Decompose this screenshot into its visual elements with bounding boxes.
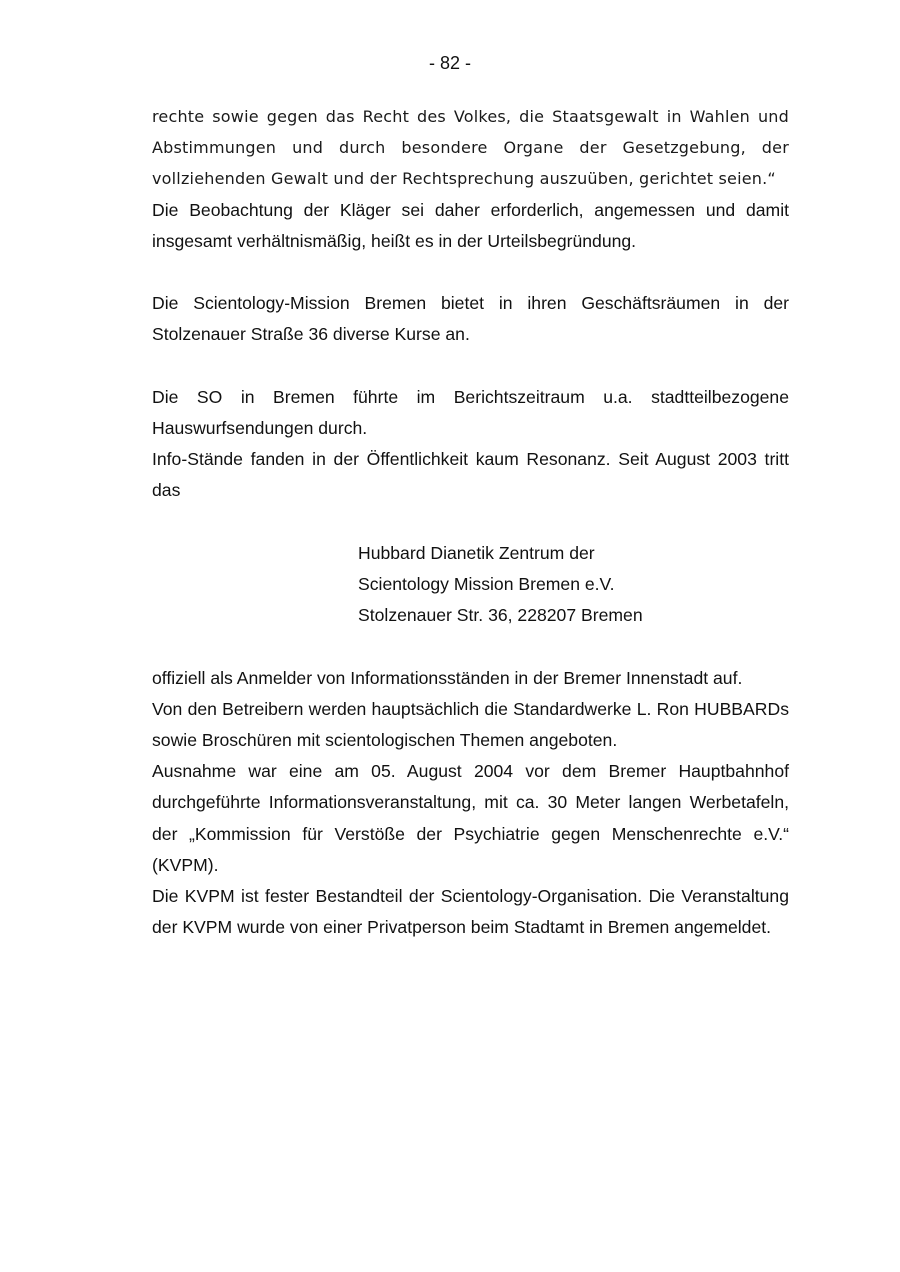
paragraph-exception-event: Ausnahme war eine am 05. August 2004 vor… [152, 756, 789, 881]
document-body: rechte sowie gegen das Recht des Volkes,… [152, 101, 789, 943]
paragraph-spacer [152, 631, 789, 662]
paragraph-spacer [152, 507, 789, 538]
quoted-court-text: rechte sowie gegen das Recht des Volkes,… [152, 101, 789, 195]
paragraph-mission-courses: Die Scientology-Mission Bremen bietet in… [152, 288, 789, 350]
paragraph-court-conclusion: Die Beobachtung der Kläger sei daher erf… [152, 195, 789, 257]
paragraph-mailings: Die SO in Bremen führte im Berichtszeitr… [152, 382, 789, 444]
address-line: Stolzenauer Str. 36, 228207 Bremen [358, 600, 789, 631]
address-line: Scientology Mission Bremen e.V. [358, 569, 789, 600]
paragraph-official-applicant: offiziell als Anmelder von Informationss… [152, 663, 789, 694]
paragraph-publications: Von den Betreibern werden hauptsächlich … [152, 694, 789, 756]
paragraph-kvpm: Die KVPM ist fester Bestandteil der Scie… [152, 881, 789, 943]
paragraph-info-stands: Info-Stände fanden in der Öffentlichkeit… [152, 444, 789, 506]
address-line: Hubbard Dianetik Zentrum der [358, 538, 789, 569]
paragraph-spacer [152, 351, 789, 382]
paragraph-spacer [152, 257, 789, 288]
page-number: - 82 - [0, 52, 900, 74]
address-block: Hubbard Dianetik Zentrum der Scientology… [358, 538, 789, 632]
